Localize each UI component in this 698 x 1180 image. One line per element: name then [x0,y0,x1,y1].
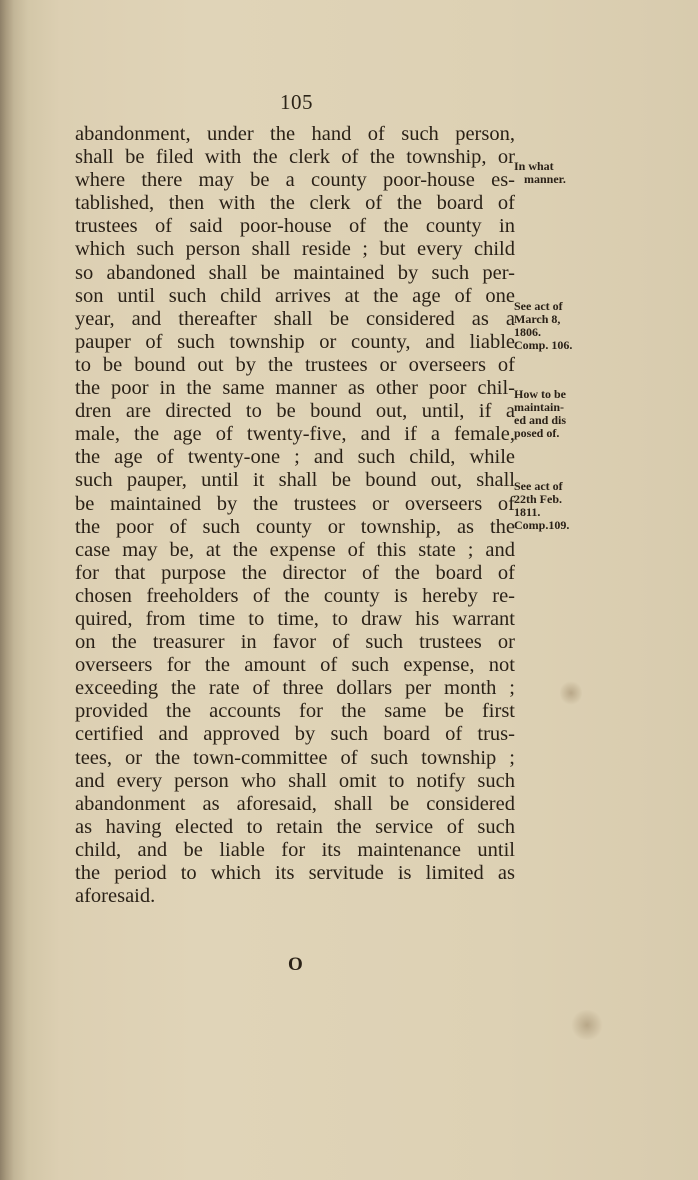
text-line: overseers for the amount of such expense… [75,654,515,677]
text-line: chosen freeholders of the county is here… [75,585,515,608]
text-line: and every person who shall omit to notif… [75,770,515,793]
text-line: exceeding the rate of three dollars per … [75,677,515,700]
text-line: son until such child arrives at the age … [75,285,515,308]
text-line: the poor in the same manner as other poo… [75,377,515,400]
text-line: abandonment as aforesaid, shall be consi… [75,793,515,816]
text-line: pauper of such township or county, and l… [75,331,515,354]
margin-note-act-1811: See act of 22th Feb. 1811. Comp.109. [514,480,604,532]
text-line: the period to which its servitude is lim… [75,862,515,885]
text-line: male, the age of twenty-five, and if a f… [75,423,515,446]
text-line: case may be, at the expense of this stat… [75,539,515,562]
text-line: year, and thereafter shall be considered… [75,308,515,331]
text-line: shall be filed with the clerk of the tow… [75,146,515,169]
text-line: tablished, then with the clerk of the bo… [75,192,515,215]
foxing-stain [560,680,582,706]
text-line: certified and approved by such board of … [75,723,515,746]
margin-note-line: manner. [514,173,604,186]
margin-note-line: Comp.109. [514,519,604,532]
text-line: dren are directed to be bound out, until… [75,400,515,423]
text-line: to be bound out by the trustees or overs… [75,354,515,377]
margin-note-how-to-be-maintained: How to be maintain- ed and dis posed of. [514,388,604,440]
page-number: 105 [280,90,313,115]
text-line: the age of twenty-one ; and such child, … [75,446,515,469]
text-line: the poor of such county or township, as … [75,516,515,539]
text-line: trustees of said poor-house of the count… [75,215,515,238]
margin-note-act-1806: See act of March 8, 1806. Comp. 106. [514,300,604,352]
book-page: 105 abandonment, under the hand of such … [0,0,698,1180]
foxing-stain [570,1010,604,1040]
text-line: such pauper, until it shall be bound out… [75,469,515,492]
text-line: for that purpose the director of the boa… [75,562,515,585]
text-line: as having elected to retain the service … [75,816,515,839]
margin-note-in-what-manner: In what manner. [514,160,604,186]
text-line: child, and be liable for its maintenance… [75,839,515,862]
text-line: provided the accounts for the same be fi… [75,700,515,723]
margin-note-line: posed of. [514,427,604,440]
text-line: be maintained by the trustees or oversee… [75,493,515,516]
text-line: so abandoned shall be maintained by such… [75,262,515,285]
signature-mark: O [288,954,303,976]
text-line: tees, or the town-committee of such town… [75,747,515,770]
text-line: quired, from time to time, to draw his w… [75,608,515,631]
text-line: which such person shall reside ; but eve… [75,238,515,261]
text-line: on the treasurer in favor of such truste… [75,631,515,654]
body-text: abandonment, under the hand of such pers… [75,123,515,908]
text-line: abandonment, under the hand of such pers… [75,123,515,146]
text-line: where there may be a county poor-house e… [75,169,515,192]
margin-note-line: Comp. 106. [514,339,604,352]
text-line: aforesaid. [75,885,515,908]
